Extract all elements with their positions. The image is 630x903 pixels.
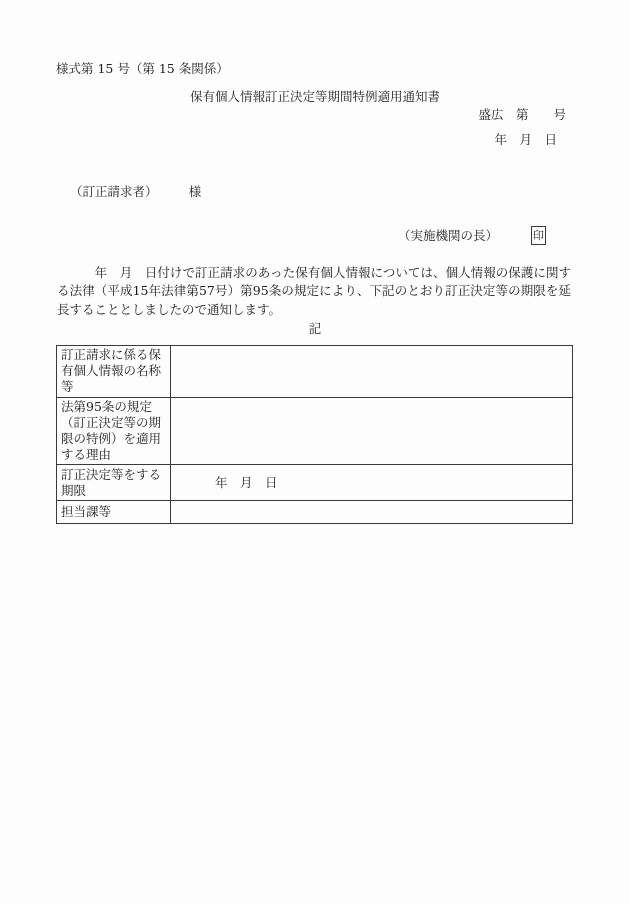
- row-value-decision-deadline: 年 月 日: [171, 465, 573, 501]
- table-row: 担当課等: [57, 501, 573, 524]
- document-date-line: 年 月 日: [494, 132, 557, 147]
- row-label-personal-info-name: 訂正請求に係る保有個人情報の名称等: [57, 346, 171, 398]
- addressee-line: （訂正請求者） 様: [70, 184, 201, 199]
- document-number-line: 盛広 第 号: [478, 107, 566, 122]
- body-paragraph: 年 月 日付けで訂正請求のあった保有個人情報については、個人情報の保護に関する法…: [57, 264, 571, 319]
- row-value-personal-info-name: [171, 346, 573, 398]
- table-row: 法第95条の規定（訂正決定等の期限の特例）を適用する理由: [57, 397, 573, 465]
- row-value-reason-article95: [171, 397, 573, 465]
- row-value-department: [171, 501, 573, 524]
- row-label-decision-deadline: 訂正決定等をする期限: [57, 465, 171, 501]
- seal-stamp-box: 印: [531, 226, 546, 245]
- issuer-label: （実施機関の長）: [398, 228, 498, 243]
- row-label-reason-article95: 法第95条の規定（訂正決定等の期限の特例）を適用する理由: [57, 397, 171, 465]
- table-row: 訂正請求に係る保有個人情報の名称等: [57, 346, 573, 398]
- row-label-department: 担当課等: [57, 501, 171, 524]
- table-row: 訂正決定等をする期限 年 月 日: [57, 465, 573, 501]
- document-title: 保有個人情報訂正決定等期間特例適用通知書: [0, 87, 630, 105]
- form-number: 様式第 15 号（第 15 条関係）: [56, 61, 229, 76]
- record-marker: 記: [0, 319, 630, 337]
- document-page: 様式第 15 号（第 15 条関係） 保有個人情報訂正決定等期間特例適用通知書 …: [0, 0, 630, 903]
- form-table: 訂正請求に係る保有個人情報の名称等 法第95条の規定（訂正決定等の期限の特例）を…: [56, 345, 573, 524]
